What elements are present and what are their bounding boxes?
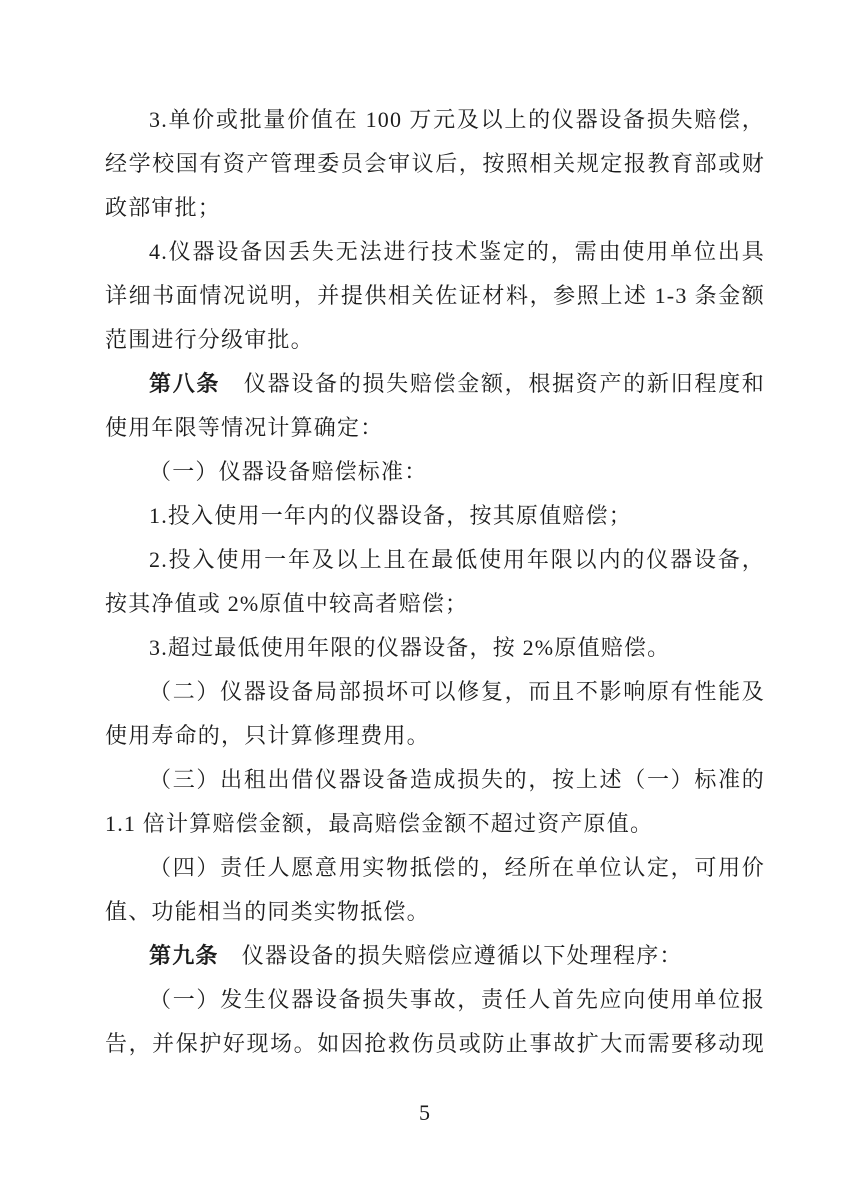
line-text: 告，并保护好现场。如因抢救伤员或防止事故扩大而需要移动现 [105, 1031, 765, 1056]
text-line: 经学校国有资产管理委员会审议后，按照相关规定报教育部或财 [105, 142, 765, 186]
text-line: 3.超过最低使用年限的仪器设备，按 2%原值赔偿。 [105, 626, 765, 670]
text-line: 1.投入使用一年内的仪器设备，按其原值赔偿； [105, 494, 765, 538]
document-page: 3.单价或批量价值在 100 万元及以上的仪器设备损失赔偿， 经学校国有资产管理… [105, 98, 765, 1066]
text-line: （一）仪器设备赔偿标准： [105, 450, 765, 494]
text-line: 1.1 倍计算赔偿金额，最高赔偿金额不超过资产原值。 [105, 802, 765, 846]
line-text: （四）责任人愿意用实物抵偿的，经所在单位认定，可用价 [149, 855, 765, 880]
text-line: 3.单价或批量价值在 100 万元及以上的仪器设备损失赔偿， [105, 98, 765, 142]
line-text: 使用年限等情况计算确定： [105, 415, 383, 440]
line-text: （一）发生仪器设备损失事故，责任人首先应向使用单位报 [149, 987, 765, 1012]
line-text: 使用寿命的，只计算修理费用。 [105, 723, 430, 748]
line-text: 1.投入使用一年内的仪器设备，按其原值赔偿； [149, 503, 632, 528]
line-text: 仪器设备的损失赔偿应遵循以下处理程序： [219, 943, 683, 968]
text-line: （四）责任人愿意用实物抵偿的，经所在单位认定，可用价 [105, 846, 765, 890]
page-number: 5 [0, 1098, 849, 1128]
line-text: 按其净值或 2%原值中较高者赔偿； [105, 591, 468, 616]
text-line: 详细书面情况说明，并提供相关佐证材料，参照上述 1-3 条金额 [105, 274, 765, 318]
text-line: （三）出租出借仪器设备造成损失的，按上述（一）标准的 [105, 758, 765, 802]
text-line: 范围进行分级审批。 [105, 318, 765, 362]
line-text: 仪器设备的损失赔偿金额，根据资产的新旧程度和 [220, 371, 765, 396]
text-line: 值、功能相当的同类实物抵偿。 [105, 890, 765, 934]
text-line: 告，并保护好现场。如因抢救伤员或防止事故扩大而需要移动现 [105, 1022, 765, 1066]
article-number: 第九条 [149, 943, 219, 968]
text-line: 4.仪器设备因丢失无法进行技术鉴定的，需由使用单位出具 [105, 230, 765, 274]
line-text: 值、功能相当的同类实物抵偿。 [105, 899, 430, 924]
text-line: 使用年限等情况计算确定： [105, 406, 765, 450]
line-text: 政部审批； [105, 195, 221, 220]
line-text: 3.单价或批量价值在 100 万元及以上的仪器设备损失赔偿， [149, 107, 765, 132]
line-text: （一）仪器设备赔偿标准： [149, 459, 427, 484]
text-line: 按其净值或 2%原值中较高者赔偿； [105, 582, 765, 626]
text-line: （二）仪器设备局部损坏可以修复，而且不影响原有性能及 [105, 670, 765, 714]
text-line: 第九条 仪器设备的损失赔偿应遵循以下处理程序： [105, 934, 765, 978]
text-line: 使用寿命的，只计算修理费用。 [105, 714, 765, 758]
text-line: 政部审批； [105, 186, 765, 230]
line-text: （二）仪器设备局部损坏可以修复，而且不影响原有性能及 [149, 679, 765, 704]
line-text: 详细书面情况说明，并提供相关佐证材料，参照上述 1-3 条金额 [105, 283, 765, 308]
line-text: 2.投入使用一年及以上且在最低使用年限以内的仪器设备， [149, 547, 765, 572]
text-line: （一）发生仪器设备损失事故，责任人首先应向使用单位报 [105, 978, 765, 1022]
article-number: 第八条 [149, 371, 220, 396]
line-text: 3.超过最低使用年限的仪器设备，按 2%原值赔偿。 [149, 635, 670, 660]
line-text: 经学校国有资产管理委员会审议后，按照相关规定报教育部或财 [105, 151, 765, 176]
line-text: 范围进行分级审批。 [105, 327, 314, 352]
line-text: （三）出租出借仪器设备造成损失的，按上述（一）标准的 [149, 767, 765, 792]
line-text: 1.1 倍计算赔偿金额，最高赔偿金额不超过资产原值。 [105, 811, 653, 836]
text-line: 2.投入使用一年及以上且在最低使用年限以内的仪器设备， [105, 538, 765, 582]
line-text: 4.仪器设备因丢失无法进行技术鉴定的，需由使用单位出具 [149, 239, 765, 264]
text-line: 第八条 仪器设备的损失赔偿金额，根据资产的新旧程度和 [105, 362, 765, 406]
